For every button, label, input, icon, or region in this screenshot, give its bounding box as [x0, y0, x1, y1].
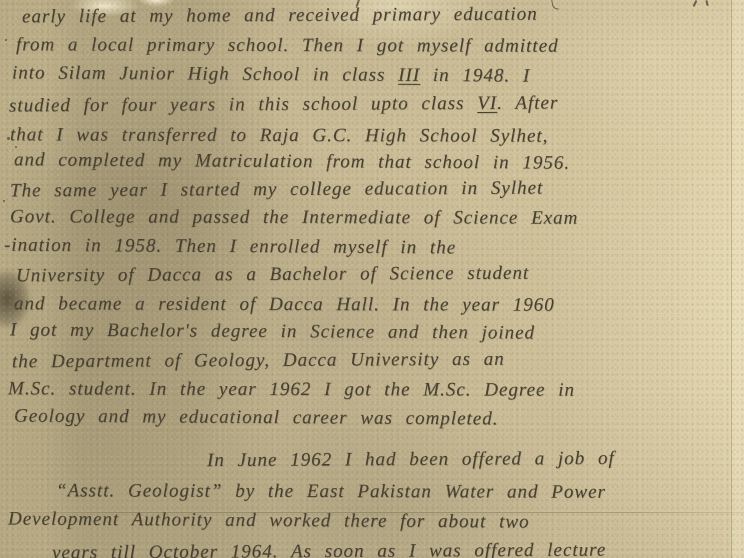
line-text: studied for four years in this school up…: [9, 93, 477, 116]
line-text: into Silam Junior High School in class: [12, 62, 398, 85]
scanned-document-page: early life at my home and received prima…: [0, 0, 744, 558]
handwritten-line: early life at my home and received prima…: [22, 5, 538, 27]
margin-ink-speck: [7, 137, 10, 140]
underlined-roman-numeral: VI: [477, 93, 497, 114]
handwritten-line: Geology and my educational career was co…: [14, 407, 499, 429]
fold-crease-line: [0, 512, 744, 513]
handwritten-line: The same year I started my college educa…: [10, 179, 543, 201]
handwriting-text-layer: early life at my home and received prima…: [0, 0, 744, 558]
line-text: in 1948. I: [420, 65, 530, 87]
margin-ink-speck: [3, 200, 5, 202]
page-edge-line: [731, 0, 732, 558]
handwritten-line: from a local primary school. Then I got …: [16, 35, 559, 55]
handwritten-line: years till October 1964. As soon as I wa…: [52, 541, 606, 558]
handwritten-line: Govt. College and passed the Intermediat…: [10, 207, 578, 227]
underlined-roman-numeral: III: [398, 65, 420, 86]
handwritten-line: that I was transferred to Raja G.C. High…: [10, 125, 549, 145]
line-text: . After: [497, 93, 558, 114]
margin-ink-speck: [15, 146, 17, 148]
margin-ink-speck: [5, 39, 7, 41]
handwritten-line: M.Sc. student. In the year 1962 I got th…: [8, 379, 575, 399]
handwritten-line: and became a resident of Dacca Hall. In …: [14, 294, 555, 314]
handwritten-line: studied for four years in this school up…: [9, 94, 558, 116]
handwritten-line: University of Dacca as a Bachelor of Sci…: [16, 264, 529, 286]
handwritten-line: into Silam Junior High School in class I…: [12, 63, 530, 85]
handwritten-line: “Asstt. Geologist” by the East Pakistan …: [56, 481, 606, 501]
handwritten-line: -ination in 1958. Then I enrolled myself…: [4, 236, 456, 258]
handwritten-line: In June 1962 I had been offered a job of: [207, 449, 615, 470]
handwritten-line: I got my Bachelor's degree in Science an…: [10, 320, 535, 342]
handwritten-line: and completed my Matriculation from that…: [14, 150, 570, 172]
handwritten-line: the Department of Geology, Dacca Univers…: [12, 350, 505, 372]
